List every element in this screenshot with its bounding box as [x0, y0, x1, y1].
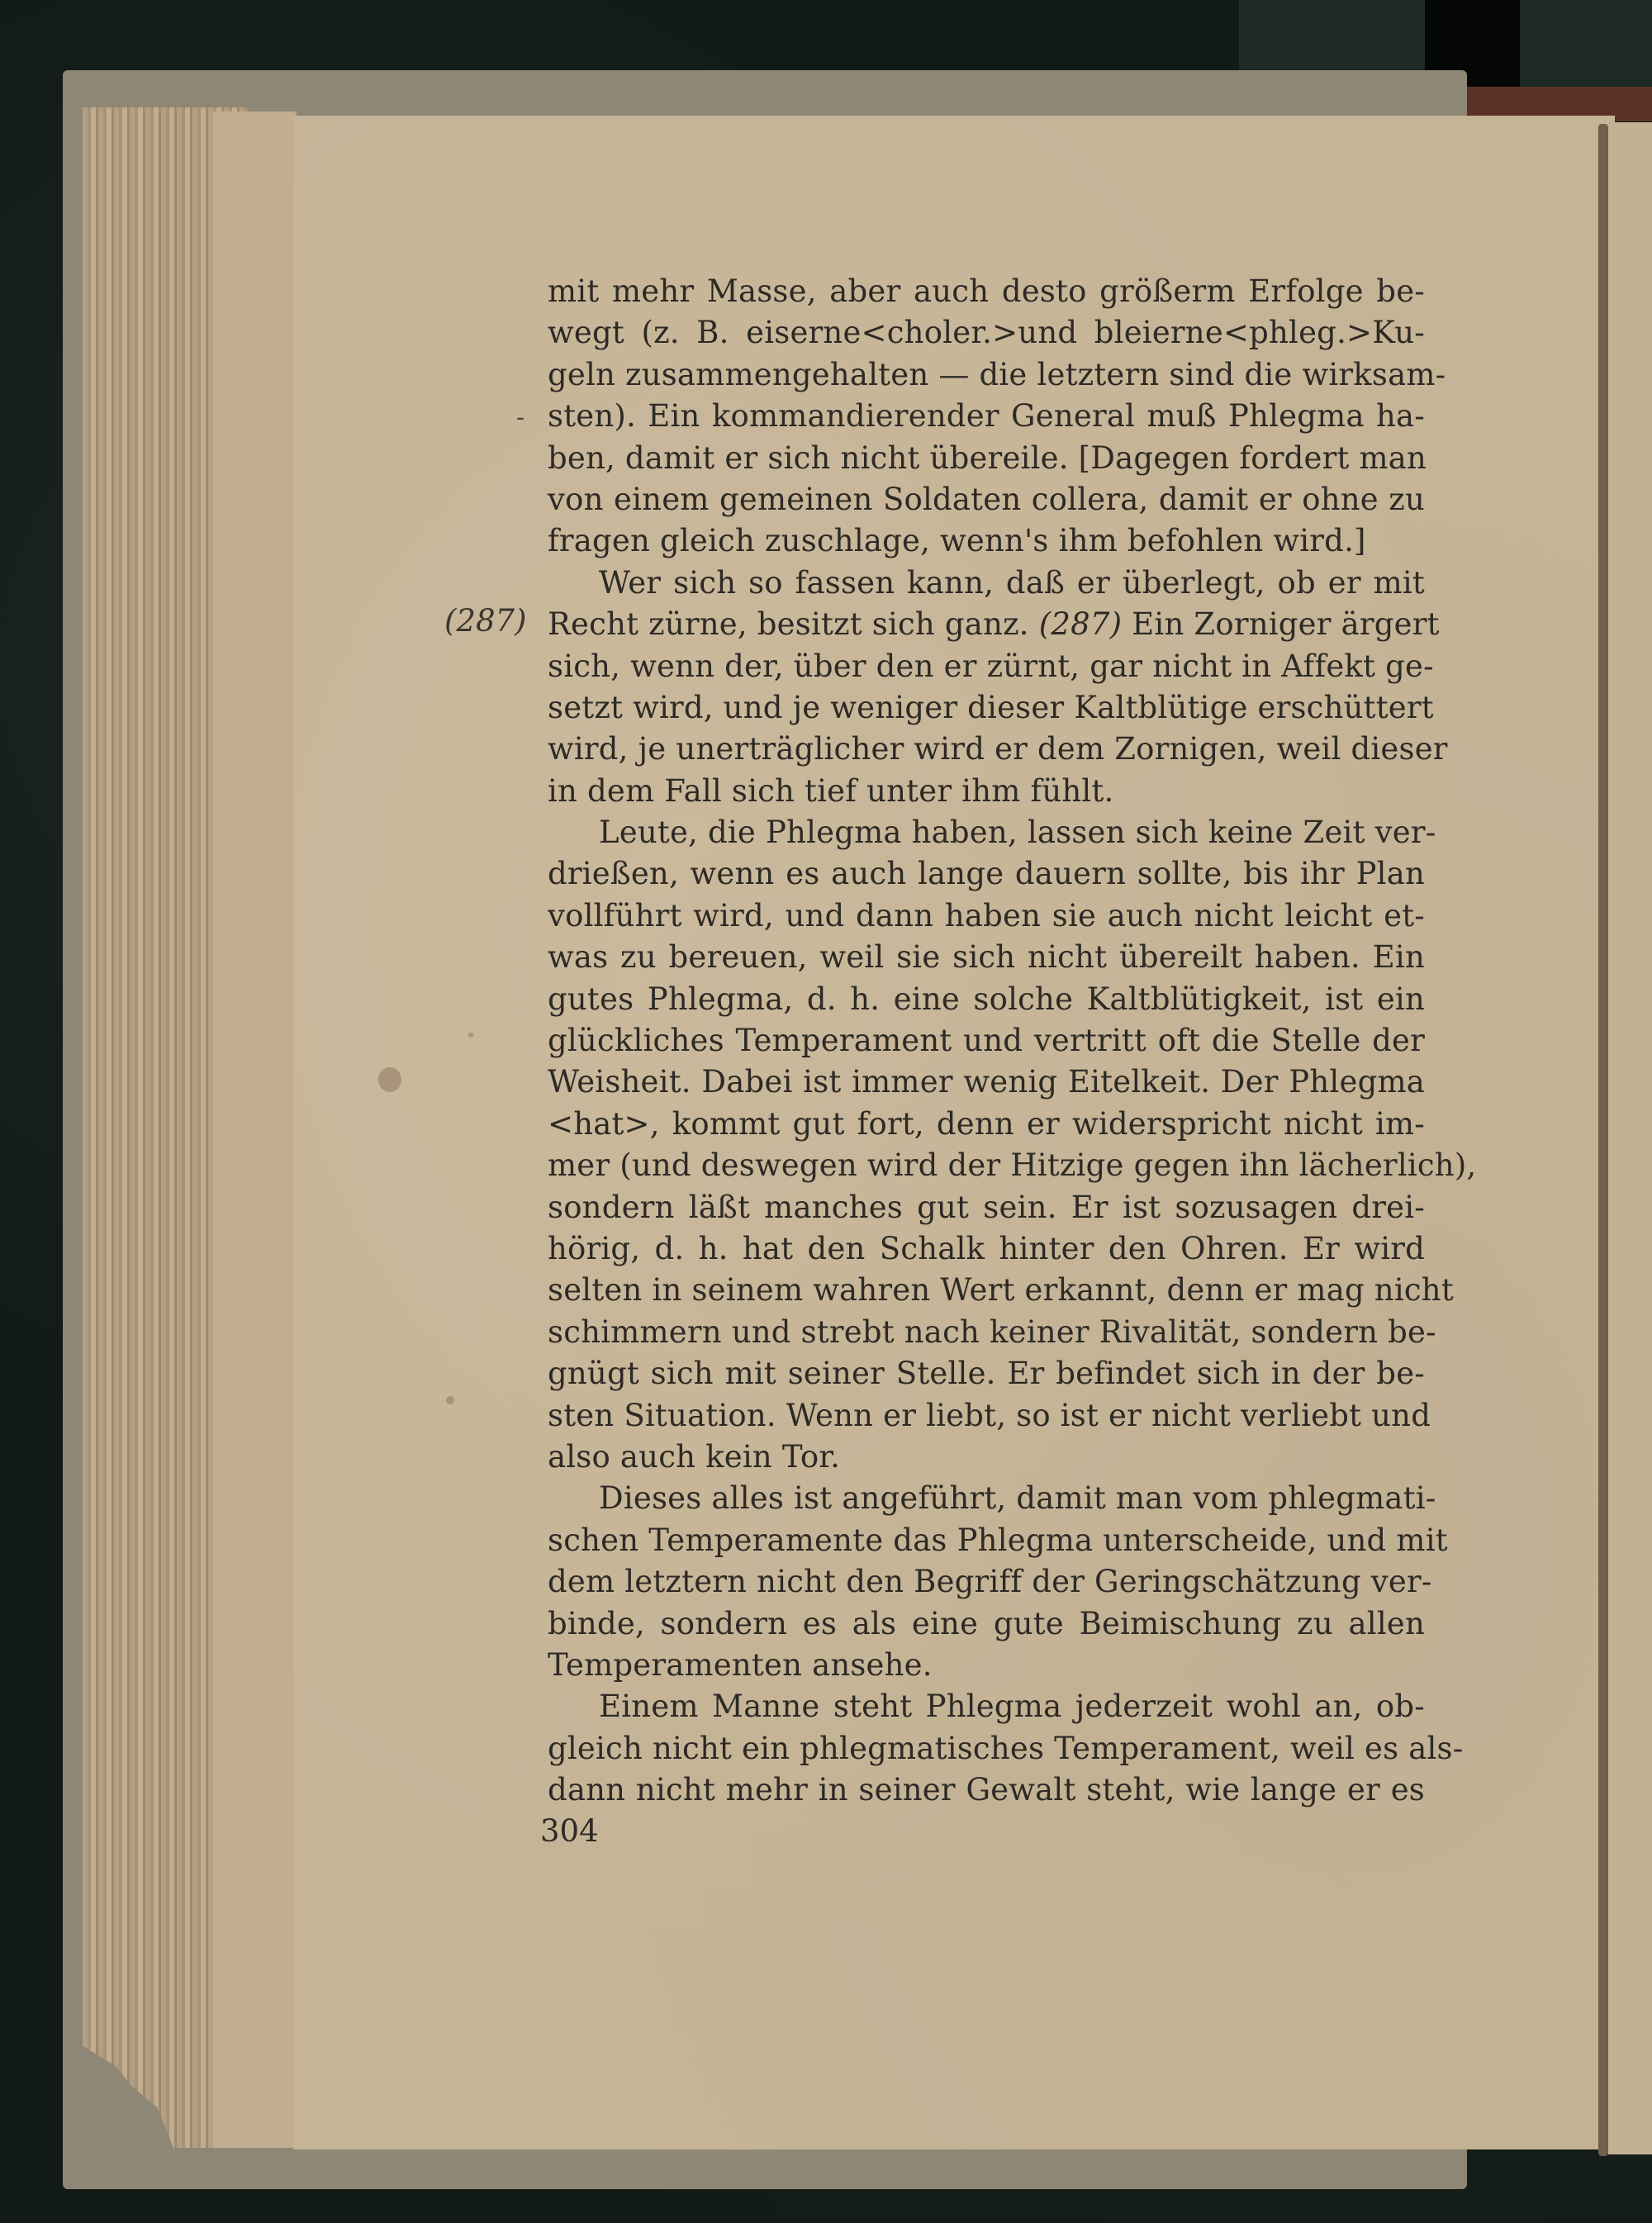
facing-page-edge [1608, 122, 1652, 2154]
text-line: selten in seinem wahren Wert erkannt, de… [548, 1270, 1425, 1311]
text-line: dann nicht mehr in seiner Gewalt steht, … [548, 1769, 1425, 1811]
text-line: hörig, d. h. hat den Schalk hinter den O… [548, 1228, 1425, 1270]
paragraph-start: Dieses alles ist angeführt, damit man vo… [548, 1478, 1425, 1519]
text-line: glückliches Temperament und vertritt oft… [548, 1020, 1425, 1062]
text-line: ben, damit er sich nicht übereile. [Dage… [548, 438, 1425, 479]
text-line: binde, sondern es als eine gute Beimisch… [548, 1603, 1425, 1645]
text-line: Recht zürne, besitzt sich ganz. (287) Ei… [548, 604, 1425, 645]
text-line: sondern läßt manches gut sein. Er ist so… [548, 1187, 1425, 1228]
text-line: setzt wird, und je weniger dieser Kaltbl… [548, 687, 1425, 729]
text-line: <hat>, kommt gut fort, denn er widerspri… [548, 1104, 1425, 1145]
text-line: wird, je unerträglicher wird er dem Zorn… [548, 729, 1425, 770]
text-line: gnügt sich mit seiner Stelle. Er befinde… [548, 1353, 1425, 1394]
inline-reference-number: (287) [1039, 606, 1123, 642]
text-line: gutes Phlegma, d. h. eine solche Kaltblü… [548, 979, 1425, 1020]
text-line: sten). Ein kommandierender General muß P… [548, 396, 1425, 437]
text-line: sich, wenn der, über den er zürnt, gar n… [548, 646, 1425, 687]
body-text: mit mehr Masse, aber auch desto größerm … [548, 271, 1425, 1811]
text-segment: Recht zürne, besitzt sich ganz. [548, 606, 1029, 642]
text-line: schimmern und strebt nach keiner Rivalit… [548, 1312, 1425, 1353]
text-line: sten Situation. Wenn er liebt, so ist er… [548, 1395, 1425, 1437]
text-line: schen Temperamente das Phlegma untersche… [548, 1520, 1425, 1561]
text-line: dem letztern nicht den Begriff der Gerin… [548, 1561, 1425, 1603]
text-line: also auch kein Tor. [548, 1437, 1425, 1478]
foxing-spot [468, 1033, 473, 1038]
text-line: was zu bereuen, weil sie sich nicht über… [548, 937, 1425, 978]
page-number: 304 [540, 1813, 599, 1849]
text-line: Temperamenten ansehe. [548, 1645, 1425, 1686]
text-line: fragen gleich zuschlage, wenn's ihm befo… [548, 520, 1425, 562]
text-line: in dem Fall sich tief unter ihm fühlt. [548, 771, 1425, 812]
text-line: von einem gemeinen Soldaten collera, dam… [548, 479, 1425, 520]
gutter-shadow [1598, 124, 1608, 2156]
text-line: Weisheit. Dabei ist immer wenig Eitelkei… [548, 1062, 1425, 1103]
text-segment: Ein Zorniger ärgert [1132, 606, 1439, 642]
foxing-spot [378, 1067, 401, 1092]
paragraph-start: Leute, die Phlegma haben, lassen sich ke… [548, 812, 1425, 853]
text-line: mit mehr Masse, aber auch desto größerm … [548, 271, 1425, 312]
text-line: mer (und deswegen wird der Hitzige gegen… [548, 1145, 1425, 1186]
text-line: drießen, wenn es auch lange dauern sollt… [548, 853, 1425, 895]
page-flap [213, 112, 297, 2148]
text-line: vollführt wird, und dann haben sie auch … [548, 895, 1425, 937]
text-line: geln zusammengehalten — die letztern sin… [548, 354, 1425, 396]
margin-mark: - [516, 403, 525, 432]
margin-reference-number: (287) [444, 603, 527, 639]
paragraph-start: Einem Manne steht Phlegma jederzeit wohl… [548, 1686, 1425, 1727]
foxing-spot [446, 1396, 454, 1404]
text-line: gleich nicht ein phlegmatisches Temperam… [548, 1728, 1425, 1769]
paragraph-start: Wer sich so fassen kann, daß er überlegt… [548, 563, 1425, 604]
text-line: wegt (z. B. eiserne<choler.>und bleierne… [548, 312, 1425, 354]
